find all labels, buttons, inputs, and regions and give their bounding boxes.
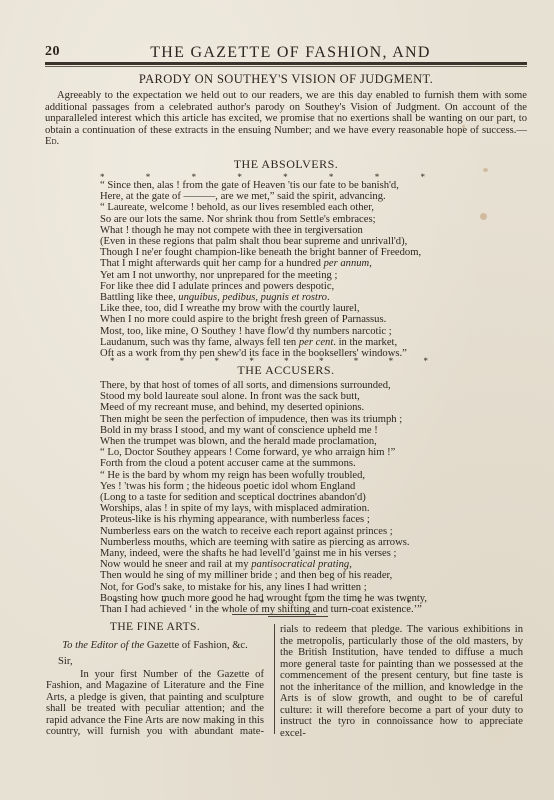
poem-absolvers: “ Since then, alas ! from the gate of He…	[100, 180, 520, 359]
letter-body-right: rials to redeem that pledge. The various…	[280, 624, 523, 739]
poem-line: Stood my bold laureate soul alone. In fr…	[100, 391, 520, 402]
intro-text: Agreeably to the expectation we held out…	[45, 90, 527, 136]
poem-line: Worships, alas ! in spite of my lays, wi…	[100, 503, 520, 514]
poem-line: That I might afterwards quit her camp fo…	[100, 258, 520, 269]
running-head: 20 THE GAZETTE OF FASHION, AND	[45, 44, 526, 60]
poem-line: Here, at the gate of ———, are we met,” s…	[100, 191, 520, 202]
paper-stain	[480, 213, 487, 220]
article-title: PARODY ON SOUTHEY'S VISION OF JUDGMENT.	[45, 72, 527, 87]
poem-line: “ Since then, alas ! from the gate of He…	[100, 180, 520, 191]
poem-line: “ Lo, Doctor Southey appears ! Come forw…	[100, 447, 520, 458]
poem-line: Proteus-like is his rhyming appearance, …	[100, 514, 520, 525]
poem-line: Then would he sing of my milliner bride …	[100, 570, 520, 581]
poem-line: Not, for God's sake, to mistake for his,…	[100, 582, 520, 593]
section-title-accusers: THE ACCUSERS.	[45, 363, 527, 378]
paper-stain	[483, 168, 488, 172]
header-rule-thick	[45, 62, 527, 65]
poem-line: Yet am I not unworthy, nor unprepared fo…	[100, 270, 520, 281]
poem-line: Bold in my brass I stood, and my want of…	[100, 425, 520, 436]
poem-line: Meed of my recreant muse, and behind, my…	[100, 402, 520, 413]
article-intro: Agreeably to the expectation we held out…	[45, 90, 527, 148]
poem-line: Yes ! 'twas his form ; the hideous poeti…	[100, 481, 520, 492]
poem-line: Though I ne'er fought champion-like bene…	[100, 247, 520, 258]
section-rule	[232, 614, 316, 615]
poem-line: Many, indeed, were the shafts he had lev…	[100, 548, 520, 559]
header-rule-thin	[45, 66, 527, 67]
letter-body-left: In your first Number of the Gazette of F…	[46, 669, 264, 738]
poem-line: Battling like thee, unguibus, pedibus, p…	[100, 292, 520, 303]
scanned-page: 20 THE GAZETTE OF FASHION, AND PARODY ON…	[0, 0, 554, 800]
poem-line: When I no more could aspire to the brigh…	[100, 314, 520, 325]
poem-line: Now would he sneer and rail at my pantis…	[100, 559, 520, 570]
poem-line: When the trumpet was blown, and the hera…	[100, 436, 520, 447]
poem-line: What ! though he may not compete with th…	[100, 225, 520, 236]
fine-arts-left-column: THE FINE ARTS. To the Editor of the Gaze…	[46, 622, 264, 738]
poem-line: There, by that host of tomes of all sort…	[100, 380, 520, 391]
salutation: Sir,	[46, 656, 264, 668]
poem-line: “ Laureate, welcome ! behold, as our liv…	[100, 202, 520, 213]
poem-line: For like thee did I adulate princes and …	[100, 281, 520, 292]
poem-line: Forth from the cloud a potent accuser ca…	[100, 458, 520, 469]
column-divider	[274, 624, 275, 734]
poem-line: Numberless mouths, which are teeming wit…	[100, 537, 520, 548]
to-editor-line: To the Editor of the Gazette of Fashion,…	[46, 640, 264, 652]
poem-line: So are our lots the same. Nor shrink tho…	[100, 214, 520, 225]
poem-line: (Even in these regions that palm shalt t…	[100, 236, 520, 247]
paper-stain	[462, 125, 465, 128]
column-divider-top	[268, 616, 328, 617]
poem-line: Laudanum, such was thy fame, always fell…	[100, 337, 520, 348]
poem-line: “ He is the bard by whom my reign has be…	[100, 470, 520, 481]
to-editor-italic: To the Editor of the	[62, 640, 144, 651]
poem-line: Most, too, like mine, O Southey ! have f…	[100, 326, 520, 337]
section-title-absolvers: THE ABSOLVERS.	[45, 157, 527, 172]
running-title: THE GAZETTE OF FASHION, AND	[45, 44, 526, 62]
to-editor-rest: Gazette of Fashion, &c.	[147, 640, 248, 651]
poem-line: Numberless ears on the watch to receive …	[100, 526, 520, 537]
poem-line: (Long to a taste for sedition and scepti…	[100, 492, 520, 503]
section-title-fine-arts: THE FINE ARTS.	[46, 622, 264, 634]
asterism-bottom: *******	[113, 599, 411, 607]
poem-accusers: There, by that host of tomes of all sort…	[100, 380, 520, 615]
poem-line: Like thee, too, did I wreathe my brow wi…	[100, 303, 520, 314]
poem-line: Then might be seen the perfection of imp…	[100, 414, 520, 425]
